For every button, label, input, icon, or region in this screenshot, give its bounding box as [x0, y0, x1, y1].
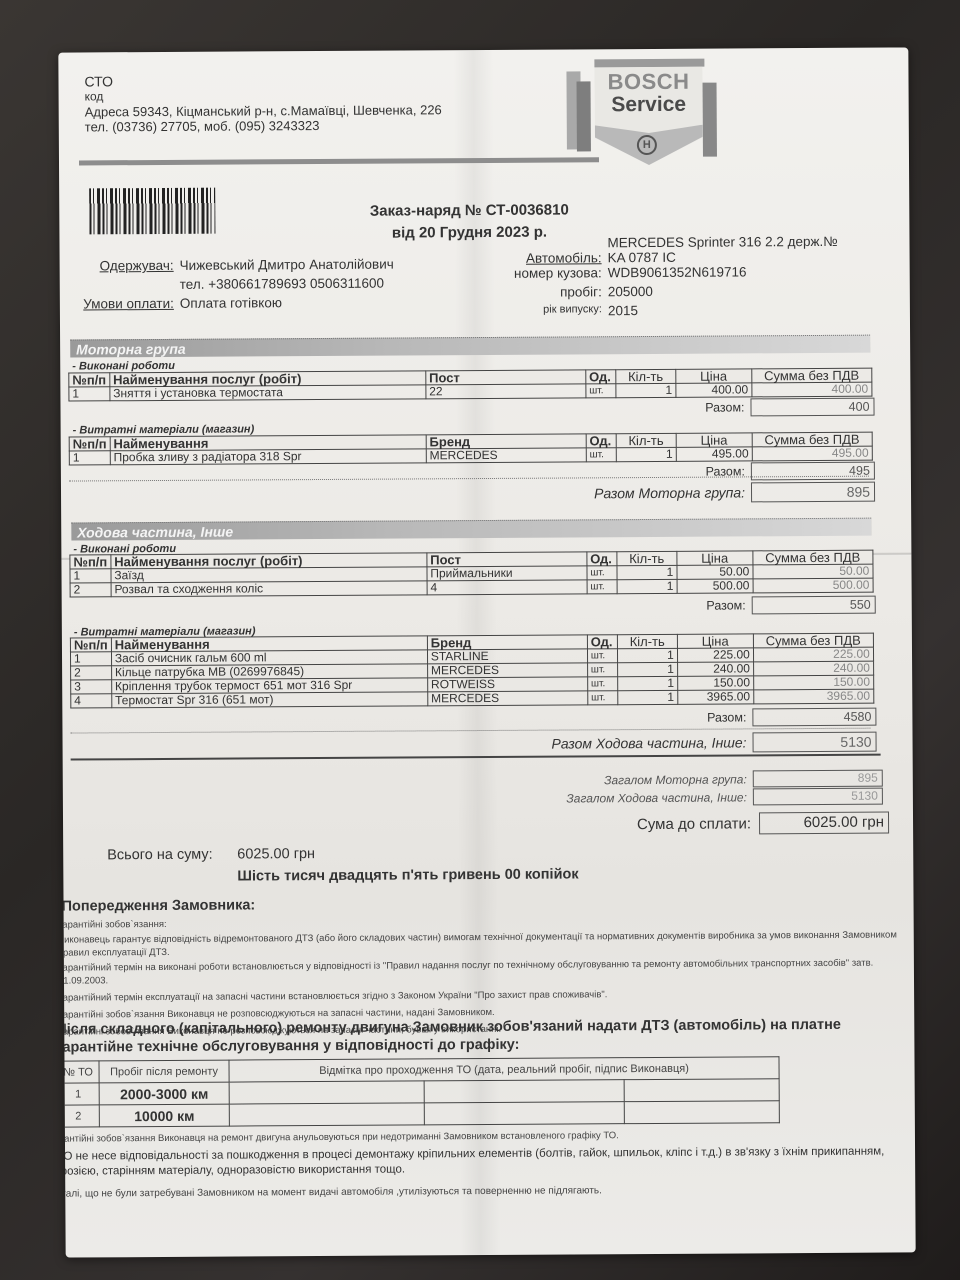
materials-table: №п/пНайменуванняБренд Од.Кіл-тьЦінаСумма…	[69, 432, 873, 466]
overall-motor: Загалом Моторна група: 895	[604, 770, 883, 789]
group-total: Разом Моторна група:895	[594, 482, 875, 504]
group-total: Разом Ходова частина, Інше:5130	[551, 732, 876, 754]
body-number-label: номер кузова:	[490, 265, 608, 285]
payment-label: Умови оплати:	[83, 296, 174, 312]
table-row: 2Розвал та сходження коліс4шт.1500.00500…	[70, 578, 873, 597]
overall-motor-label: Загалом Моторна група:	[604, 772, 747, 787]
year-value: 2015	[608, 302, 858, 323]
footer-line-1: Гарантійні зобов`язання Виконавця на рем…	[58, 1128, 889, 1147]
works-table: №п/пНайменування послуг (робіт)Пост Од.К…	[68, 368, 872, 402]
works-subtitle: - Виконані роботи	[72, 360, 175, 373]
works-subtotal: Разом:550	[706, 596, 875, 615]
bosch-armature-icon: H	[637, 135, 657, 155]
materials-subtotal: Разом:4580	[707, 708, 876, 727]
logo-text-service: Service	[597, 93, 701, 118]
mileage-label: пробіг:	[490, 284, 608, 304]
capital-repair-note: Після складного (капітального) ремонту д…	[58, 1016, 876, 1057]
recipient-name: Чижевський Дмитро Анатолійович	[180, 257, 394, 277]
maintenance-schedule-table: № ТО Пробіг після ремонту Відмітка про п…	[58, 1056, 780, 1127]
amount-due-value: 6025.00 грн	[759, 812, 889, 835]
barcode	[89, 188, 215, 235]
footer-line-3: Деталі, що не були затребувані Замовнико…	[58, 1183, 889, 1202]
work-order-document: СТО код Адреса 59343, Кіцманський р-н, с…	[58, 47, 915, 1257]
works-subtotal: Разом:400	[705, 398, 874, 417]
overall-chassis-value: 5130	[753, 788, 883, 806]
amount-due: Сума до сплати: 6025.00 грн	[637, 812, 889, 836]
to-col-mileage: Пробіг після ремонту	[99, 1060, 229, 1083]
warning-paragraph: Гарантійний термін експлуатації на запас…	[58, 986, 898, 1004]
to-col-no: № ТО	[58, 1061, 99, 1083]
company-phones: тел. (03736) 27705, моб. (095) 3243323	[85, 117, 442, 134]
total-label: Всього на суму:	[107, 847, 237, 870]
total-block: Всього на суму: 6025.00 грн Шість тисяч …	[107, 844, 578, 885]
materials-table: №п/пНайменуванняБренд Од.Кіл-тьЦінаСумма…	[70, 633, 874, 709]
body-number-value: WDB9061352N619716	[608, 264, 858, 285]
total-value: 6025.00 грн	[237, 846, 315, 868]
section-title: Ходова частина, Інше	[71, 518, 871, 541]
to-row: 210000 км	[58, 1101, 779, 1127]
vehicle-info: Автомобіль: MERCEDES Sprinter 316 2.2 де…	[489, 234, 858, 323]
overall-motor-value: 895	[753, 770, 883, 788]
company-address: Адреса 59343, Кіцманський р-н, с.Мамаївц…	[85, 102, 442, 119]
overall-chassis: Загалом Ходова частина, Інше: 5130	[566, 788, 883, 807]
materials-subtotal: Разом:495	[706, 462, 875, 481]
warnings-title: Попередження Замовника:	[61, 897, 255, 914]
section-title: Моторна група	[70, 335, 870, 358]
amount-due-label: Сума до сплати:	[637, 815, 751, 833]
works-table: №п/пНайменування послуг (робіт)Пост Од.К…	[69, 550, 873, 598]
logo-text-bosch: BOSCH	[596, 69, 700, 96]
recipient-label: Одержувач:	[100, 258, 174, 273]
warning-paragraph: Гарантійний термін на виконані роботи вс…	[58, 956, 898, 987]
header-divider	[79, 157, 599, 165]
mileage-value: 205000	[608, 283, 858, 304]
recipient-phone: тел. +380661789693 0506311600	[180, 276, 384, 296]
client-info: Одержувач: Чижевський Дмитро Анатолійови…	[70, 257, 394, 316]
footer-line-2: СТО не несе відповідальності за пошкодже…	[58, 1145, 889, 1180]
company-info: СТО код Адреса 59343, Кіцманський р-н, с…	[84, 72, 441, 134]
car-label: Автомобіль:	[490, 250, 608, 266]
bosch-service-logo: BOSCH Service H	[556, 55, 717, 168]
payment-value: Оплата готівкою	[180, 295, 282, 315]
footer-notes: Гарантійні зобов`язання Виконавця на рем…	[58, 1128, 889, 1202]
car-value: MERCEDES Sprinter 316 2.2 держ.№ KA 0787…	[607, 234, 857, 266]
materials-subtitle: - Витратні матеріали (магазин)	[73, 423, 255, 436]
order-number: Заказ-наряд № СТ-0036810	[359, 199, 579, 222]
year-label: рік випуску:	[490, 303, 608, 323]
table-row: 4Термостат Spr 316 (651 мот)MERCEDESшт.1…	[71, 689, 874, 708]
warning-paragraph: Виконавець гарантує відповідність відрем…	[58, 928, 898, 959]
overall-chassis-label: Загалом Ходова частина, Інше:	[566, 790, 747, 805]
total-in-words: Шість тисяч двадцять п'ять гривень 00 ко…	[107, 866, 578, 885]
